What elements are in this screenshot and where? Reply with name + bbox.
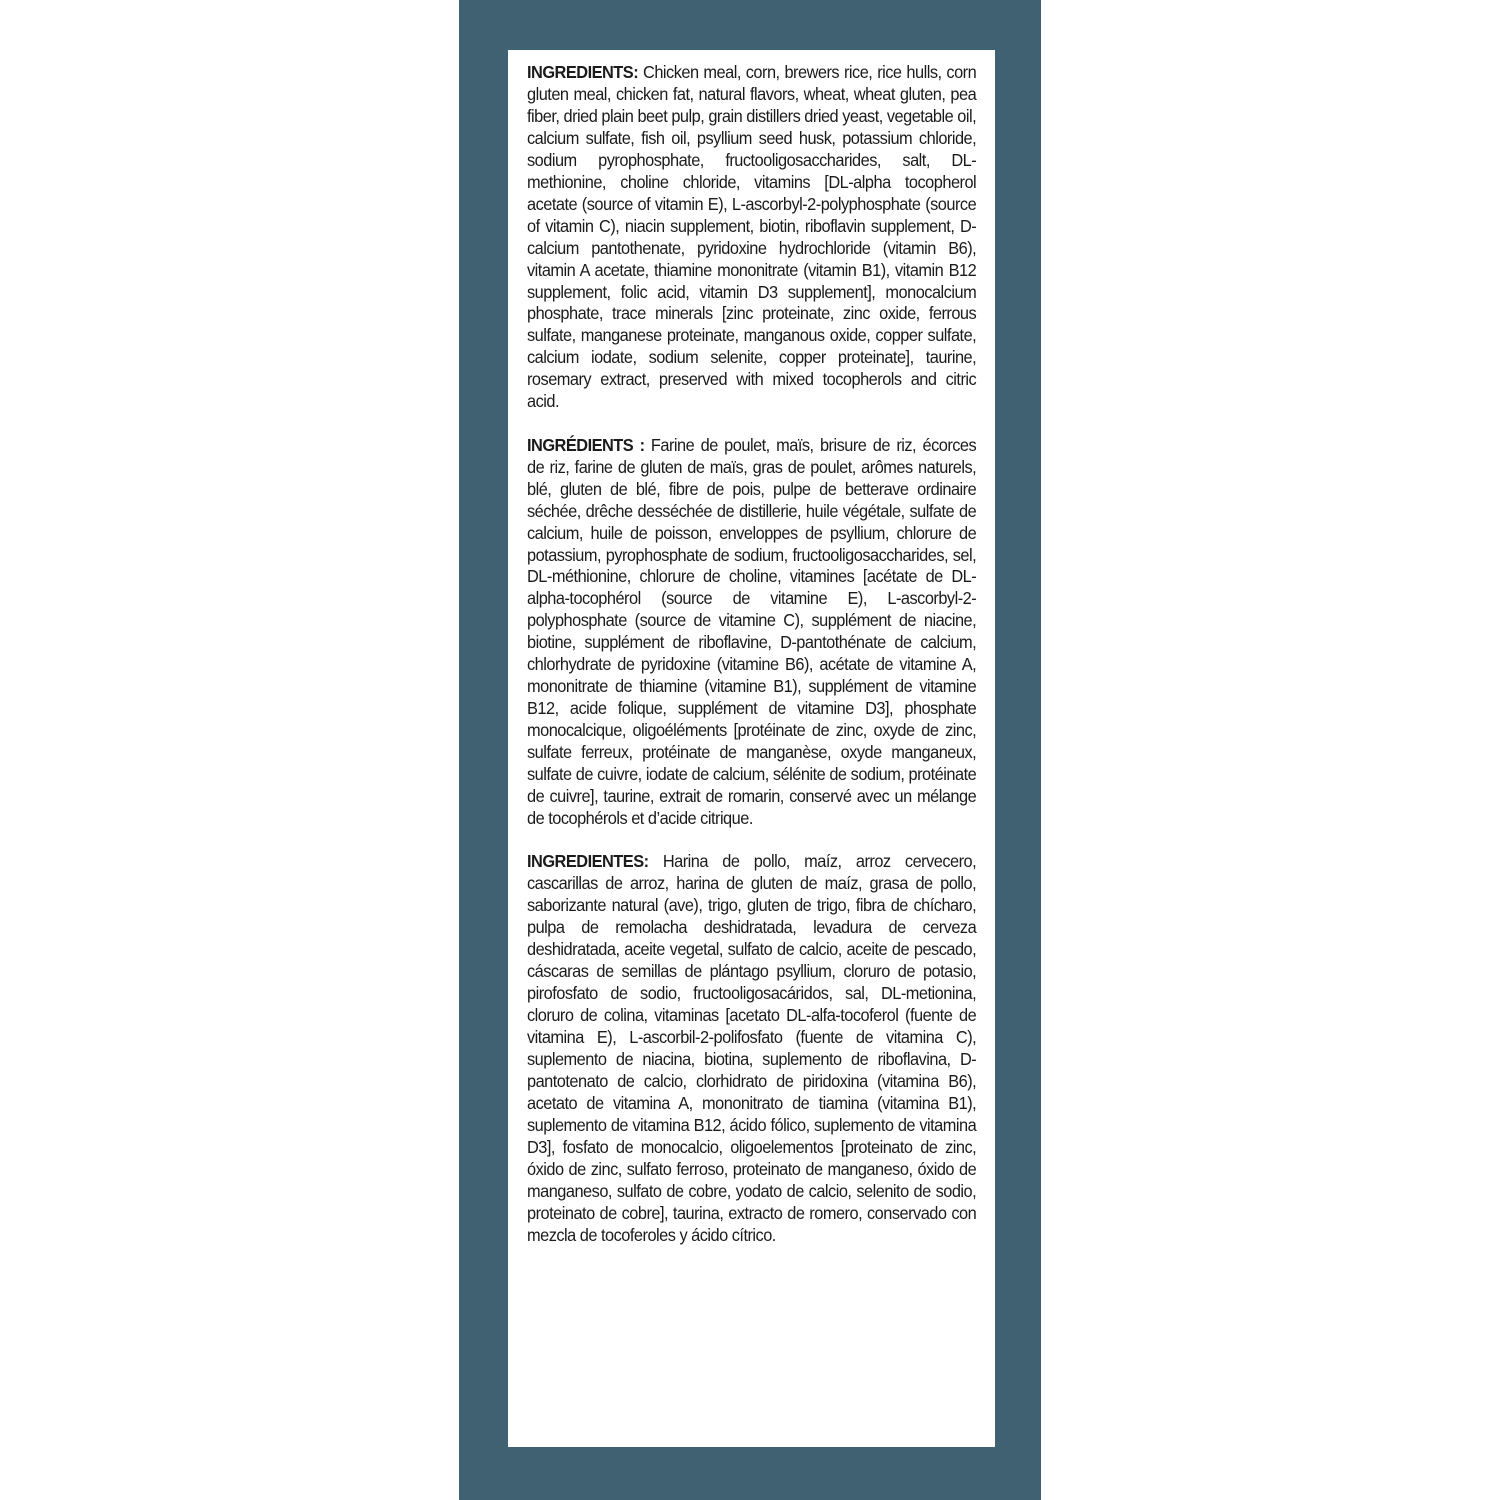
ingredients-label-french: INGRÉDIENTS :	[527, 435, 645, 455]
ingredients-french: INGRÉDIENTS : Farine de poulet, maïs, br…	[527, 435, 976, 830]
ingredients-text-english: Chicken meal, corn, brewers rice, rice h…	[527, 62, 976, 411]
ingredients-spanish: INGREDIENTES: Harina de pollo, maíz, arr…	[527, 851, 976, 1246]
ingredients-text-french: Farine de poulet, maïs, brisure de riz, …	[527, 435, 976, 828]
ingredients-panel: INGREDIENTS: Chicken meal, corn, brewers…	[508, 50, 995, 1447]
ingredients-text-spanish: Harina de pollo, maíz, arroz cervecero, …	[527, 851, 976, 1244]
ingredients-english: INGREDIENTS: Chicken meal, corn, brewers…	[527, 62, 976, 413]
ingredients-label-spanish: INGREDIENTES:	[527, 851, 649, 871]
ingredients-label-english: INGREDIENTS:	[527, 62, 638, 82]
